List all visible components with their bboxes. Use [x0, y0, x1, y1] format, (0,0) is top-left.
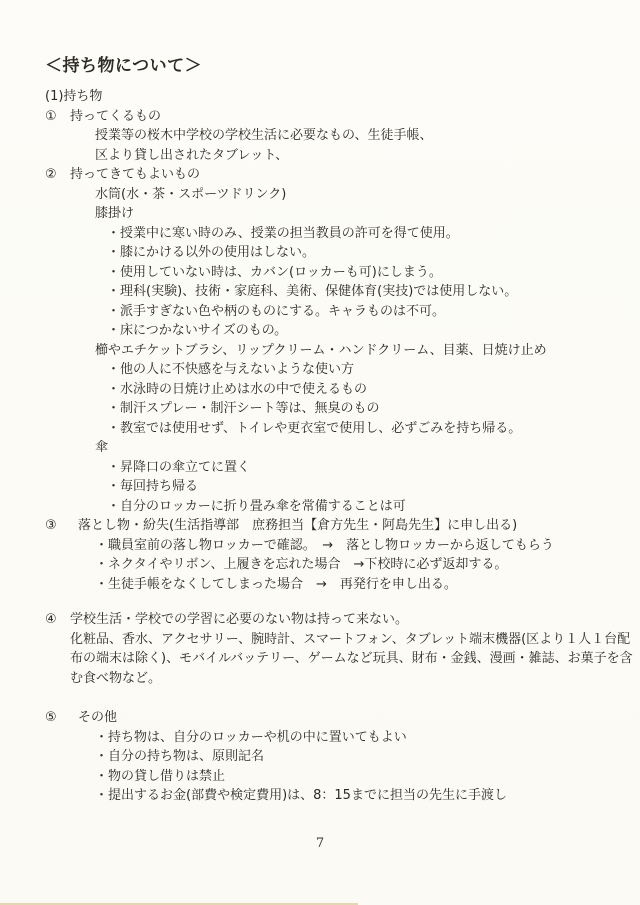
- doc-bullet-line: ・教室では使用せず、トイレや更衣室で使用し、必ずごみを持ち帰る。: [0, 419, 640, 439]
- doc-line-numbered: ③落とし物・紛失(生活指導部 庶務担当【倉方先生・阿島先生】に申し出る): [0, 516, 640, 536]
- doc-line-text: 落とし物・紛失(生活指導部 庶務担当【倉方先生・阿島先生】に申し出る): [78, 518, 517, 533]
- doc-bullet-line: ・昇降口の傘立てに置く: [0, 458, 640, 478]
- doc-line: 授業等の桜木中学校の学校生活に必要なもの、生徒手帳、: [0, 126, 640, 146]
- doc-line: 水筒(水・茶・スポーツドリンク): [0, 185, 640, 205]
- doc-bullet-line: ・派手すぎない色や柄のものにする。キャラものは不可。: [0, 302, 640, 322]
- doc-line-numbered: ⑤その他: [0, 708, 640, 728]
- doc-line-numbered: ②持ってきてもよいもの: [0, 165, 640, 185]
- doc-bullet-line: ・理科(実験)、技術・家庭科、美術、保健体育(実技)では使用しない。: [0, 282, 640, 302]
- doc-line: 膝掛け: [0, 204, 640, 224]
- doc-line: 傘: [0, 438, 640, 458]
- doc-bullet-line: ・制汗スプレー・制汗シート等は、無臭のもの: [0, 399, 640, 419]
- doc-bullet-line: ・他の人に不快感を与えないような使い方: [0, 360, 640, 380]
- page-number: 7: [0, 836, 640, 851]
- doc-line-text: 持ってきてもよいもの: [70, 167, 200, 182]
- doc-bullet-line: ・毎回持ち帰る: [0, 477, 640, 497]
- doc-bullet-line: ・生徒手帳をなくしてしまった場合 → 再発行を申し出る。: [0, 575, 640, 595]
- doc-bullet-line: ・持ち物は、自分のロッカーや机の中に置いてもよい: [0, 728, 640, 748]
- doc-bullet-line: ・自分のロッカーに折り畳み傘を常備することは可: [0, 497, 640, 517]
- doc-bullet-line: ・床につかないサイズのもの。: [0, 321, 640, 341]
- doc-line: 布の端末は除く)、モバイルバッテリー、ゲームなど玩具、財布・金銭、漫画・雑誌、お…: [0, 649, 640, 669]
- doc-line-numbered: ①持ってくるもの: [0, 107, 640, 127]
- document-title: ＜持ち物について＞: [0, 53, 640, 79]
- doc-line: 区より貸し出されたタブレット、: [0, 146, 640, 166]
- doc-line-text: 持ってくるもの: [70, 109, 161, 124]
- doc-line-text: 学校生活・学校での学習に必要のない物は持って来ない。: [70, 612, 408, 627]
- doc-line: 化粧品、香水、アクセサリー、腕時計、スマートフォン、タブレット端末機器(区より１…: [0, 630, 640, 650]
- doc-bullet-line: ・使用していない時は、カバン(ロッカーも可)にしまう。: [0, 263, 640, 283]
- circled-number: ④: [45, 610, 70, 630]
- doc-bullet-line: ・物の貸し借りは禁止: [0, 767, 640, 787]
- doc-line: む食べ物など。: [0, 669, 640, 689]
- doc-bullet-line: ・膝にかける以外の使用はしない。: [0, 243, 640, 263]
- doc-line: 櫛やエチケットブラシ、リップクリーム・ハンドクリーム、目薬、日焼け止め: [0, 341, 640, 361]
- doc-line-text: その他: [78, 710, 117, 725]
- doc-bullet-line: ・自分の持ち物は、原則記名: [0, 747, 640, 767]
- doc-line-numbered: ④学校生活・学校での学習に必要のない物は持って来ない。: [0, 610, 640, 630]
- circled-number: ⑤: [45, 708, 78, 728]
- paper-page: ＜持ち物について＞ (1)持ち物 ①持ってくるもの 授業等の桜木中学校の学校生活…: [0, 0, 640, 905]
- circled-number: ③: [45, 516, 78, 536]
- doc-bullet-line: ・職員室前の落し物ロッカーで確認。 → 落とし物ロッカーから返してもらう: [0, 536, 640, 556]
- doc-bullet-line: ・ネクタイやリボン、上履きを忘れた場合 →下校時に必ず返却する。: [0, 555, 640, 575]
- circled-number: ①: [45, 107, 70, 127]
- circled-number: ②: [45, 165, 70, 185]
- section-heading: (1)持ち物: [0, 87, 640, 107]
- doc-bullet-line: ・授業中に寒い時のみ、授業の担当教員の許可を得て使用。: [0, 224, 640, 244]
- doc-bullet-line: ・提出するお金(部費や検定費用)は、8：15までに担当の先生に手渡し: [0, 786, 640, 806]
- doc-bullet-line: ・水泳時の日焼け止めは水の中で使えるもの: [0, 380, 640, 400]
